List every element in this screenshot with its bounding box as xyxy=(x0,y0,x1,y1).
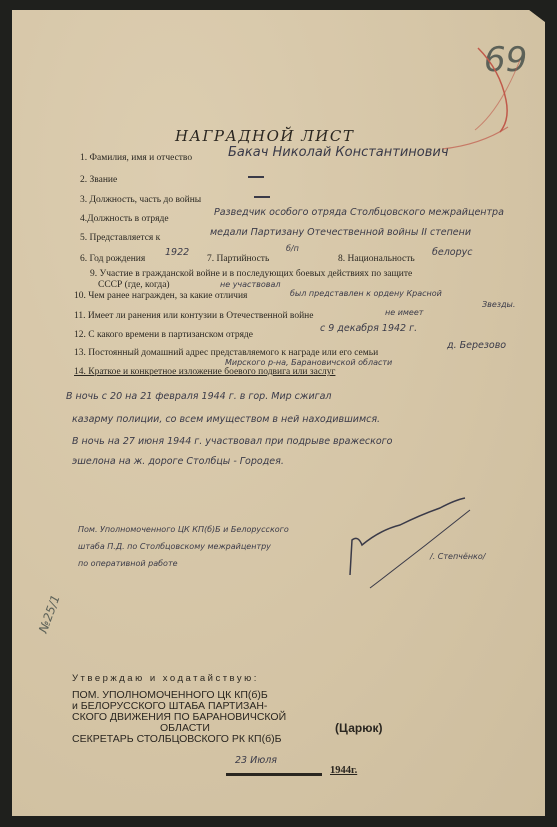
field-label-civil-war: 9. Участие в гражданской войне и в после… xyxy=(90,269,412,279)
field-value-nominated-for: медали Партизану Отечественной войны II … xyxy=(210,227,471,238)
narrative-line: В ночь с 20 на 21 февраля 1944 г. в гор.… xyxy=(66,391,332,402)
field-value-address: д. Березово xyxy=(447,340,506,351)
field-value-birth-year: 1922 xyxy=(165,247,189,258)
field-value-prior-awards: был представлен к ордену Красной xyxy=(290,289,442,298)
approver-name: (Царюк) xyxy=(335,723,382,734)
date-underline xyxy=(226,773,322,776)
field-value-name: Бакач Николай Константинович xyxy=(228,145,449,160)
field-value-prior-awards-2: Звезды. xyxy=(482,300,515,309)
approval-date: 23 Июля xyxy=(235,755,277,766)
field-label-civil-war-2: СССР (где, когда) xyxy=(98,280,170,290)
field-label-prewar-position: 3. Должность, часть до войны xyxy=(80,195,201,205)
field-label-since: 12. С какого времени в партизанском отря… xyxy=(74,330,253,340)
field-value-party: б/п xyxy=(286,244,299,253)
field-label-wounds: 11. Имеет ли ранения или контузии в Отеч… xyxy=(74,311,313,321)
approval-line: СЕКРЕТАРЬ СТОЛБЦОВСКОГО РК КП(б)Б xyxy=(72,734,281,745)
signature-name: /. Степчёнко/ xyxy=(430,552,485,561)
field-value-nationality: белорус xyxy=(432,247,472,258)
narrative-line: казарму полиции, со всем имуществом в не… xyxy=(72,414,380,425)
field-value-wounds: не имеет xyxy=(385,308,423,317)
field-label-birth-year: 6. Год рождения xyxy=(80,254,145,264)
field-value-unit-position: Разведчик особого отряда Столбцовского м… xyxy=(214,207,504,218)
narrative-line: В ночь на 27 июня 1944 г. участвовал при… xyxy=(72,436,393,447)
field-label-party: 7. Партийность xyxy=(207,254,269,264)
field-label-unit-position: 4.Должность в отряде xyxy=(80,214,169,224)
document-title: НАГРАДНОЙ ЛИСТ xyxy=(175,127,354,145)
field-label-name: 1. Фамилия, имя и отчество xyxy=(80,153,192,163)
narrative-line: эшелона на ж. дороге Столбцы - Городея. xyxy=(72,456,284,467)
field-label-address: 13. Постоянный домашний адрес представля… xyxy=(74,348,378,358)
field-value-rank xyxy=(248,176,264,178)
signature-title-line: штаба П.Д. по Столбцовскому межрайцентру xyxy=(78,542,271,551)
field-value-prewar-position xyxy=(254,196,270,198)
field-label-rank: 2. Звание xyxy=(80,175,117,185)
approval-heading: Утверждаю и ходатайствую: xyxy=(72,673,259,684)
field-label-nominated-for: 5. Представляется к xyxy=(80,233,160,243)
approval-year: 1944г. xyxy=(330,765,357,776)
field-label-feat: 14. Краткое и конкретное изложение боево… xyxy=(74,367,335,377)
field-value-address-2: Мирского р-на, Барановичской области xyxy=(225,358,392,367)
field-label-prior-awards: 10. Чем ранее награжден, за какие отличи… xyxy=(74,291,247,301)
field-value-civil-war: не участвовал xyxy=(220,280,280,289)
field-label-nationality: 8. Национальность xyxy=(338,254,415,264)
field-value-since: с 9 декабря 1942 г. xyxy=(320,323,417,334)
signature-scribble-icon xyxy=(340,490,480,590)
red-line-mark-icon xyxy=(440,125,510,155)
signature-title-line: Пом. Уполномоченного ЦК КП(б)Б и Белорус… xyxy=(78,525,289,534)
red-pencil-mark-icon xyxy=(470,40,530,135)
signature-title-line: по оперативной работе xyxy=(78,559,178,568)
